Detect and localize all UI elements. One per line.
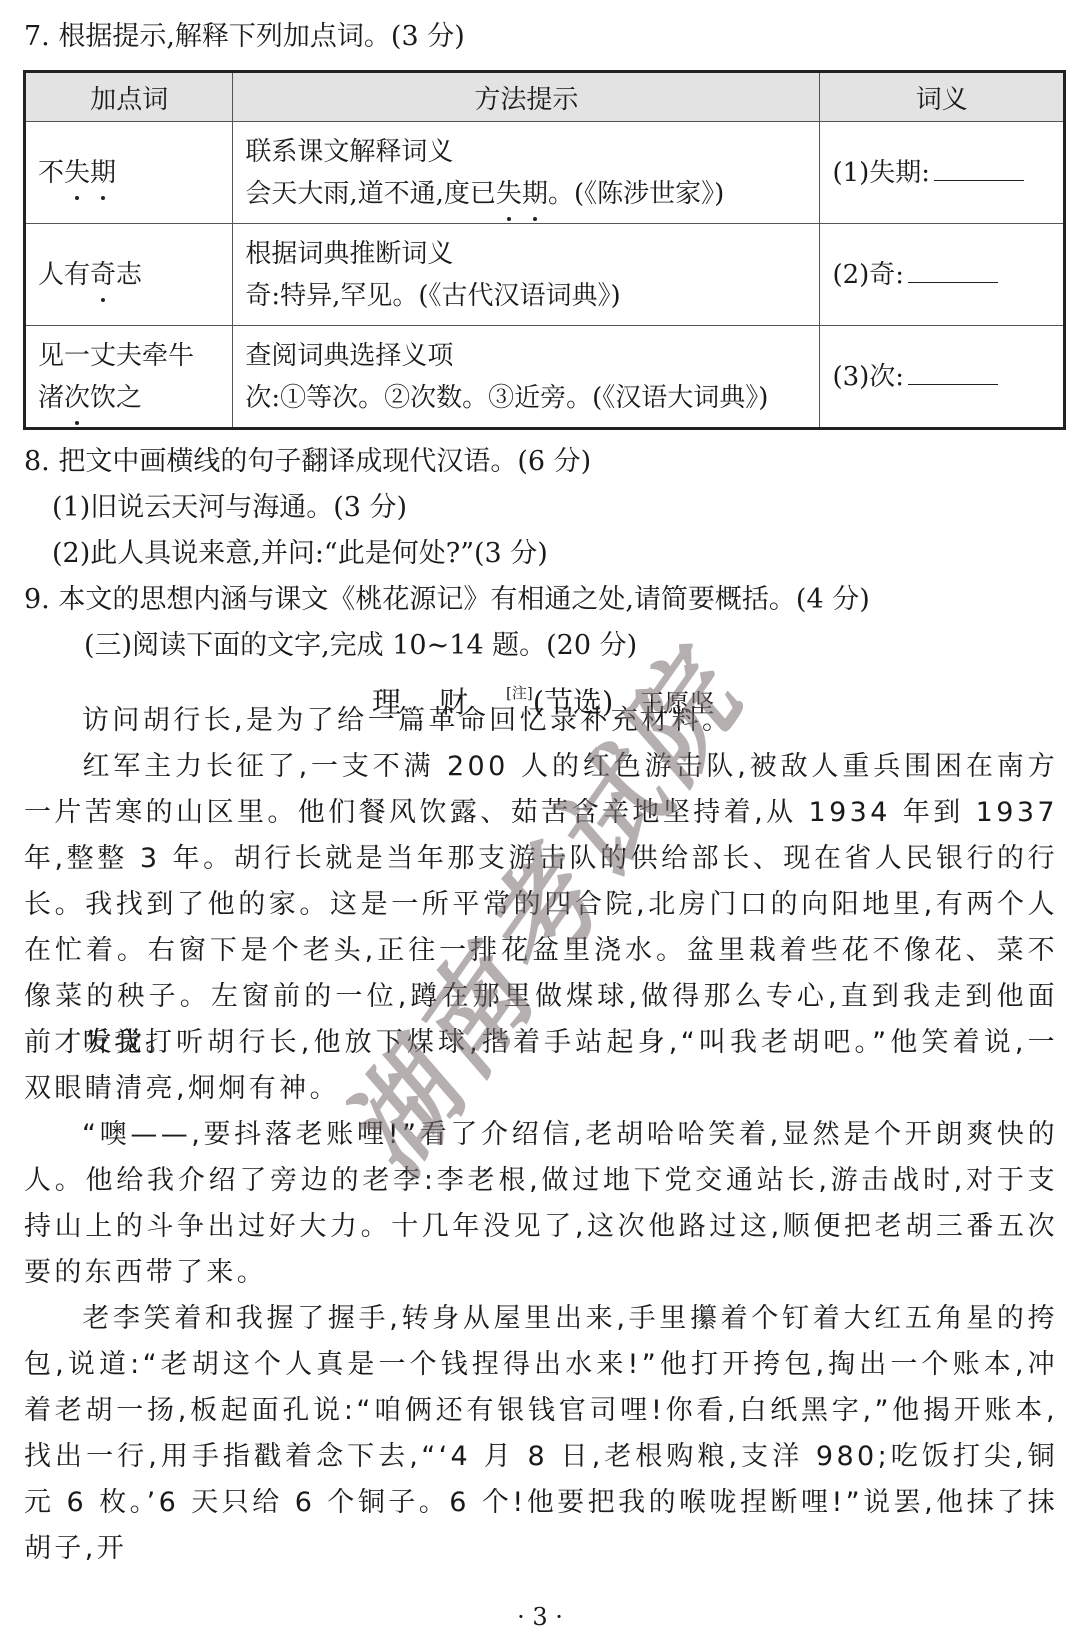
question-8-item-1: (1)旧说云天河与海通。(3 分) bbox=[52, 491, 407, 525]
dotted-char: 期 bbox=[522, 173, 548, 215]
method-example: 次:①等次。②次数。③近旁。(《汉语大词典》) bbox=[245, 377, 807, 419]
method-cell: 联系课文解释词义 会天大雨,道不通,度已失期。(《陈涉世家》) bbox=[233, 122, 820, 224]
table-header-row: 加点词 方法提示 词义 bbox=[25, 72, 1065, 122]
method-example: 会天大雨,道不通,度已失期。(《陈涉世家》) bbox=[245, 173, 807, 215]
dotted-word-cell: 人有奇志 bbox=[25, 224, 233, 326]
word-text: 不 bbox=[38, 158, 64, 188]
column-header-meaning: 词义 bbox=[820, 72, 1065, 122]
answer-blank[interactable] bbox=[934, 154, 1024, 181]
word-text: 渚 bbox=[38, 383, 64, 413]
answer-cell[interactable]: (1)失期: bbox=[820, 122, 1065, 224]
column-header-method: 方法提示 bbox=[233, 72, 820, 122]
dotted-char: 期 bbox=[90, 152, 116, 194]
paragraph-text: 老李笑着和我握了握手,转身从屋里出来,手里攥着个钉着大红五角星的挎包,说道:“老… bbox=[24, 1303, 1058, 1564]
method-example: 奇:特异,罕见。(《古代汉语词典》) bbox=[245, 275, 807, 317]
dotted-char: 失 bbox=[496, 173, 522, 215]
table-row: 不失期 联系课文解释词义 会天大雨,道不通,度已失期。(《陈涉世家》) (1)失… bbox=[25, 122, 1065, 224]
paragraph-text: 访问胡行长,是为了给一篇革命回忆录补充材料。 bbox=[82, 705, 732, 736]
word-text: 见一丈夫牵牛 bbox=[38, 335, 220, 377]
method-cell: 根据词典推断词义 奇:特异,罕见。(《古代汉语词典》) bbox=[233, 224, 820, 326]
page-number: · 3 · bbox=[0, 1603, 1080, 1631]
method-label: 联系课文解释词义 bbox=[245, 131, 807, 173]
passage-paragraph: 听我打听胡行长,他放下煤球,揩着手站起身,“叫我老胡吧。”他笑着说,一双眼睛清亮… bbox=[24, 1020, 1058, 1112]
dotted-char: 次 bbox=[64, 377, 90, 419]
paragraph-text: 红军主力长征了,一支不满 200 人的红色游击队,被敌人重兵围困在南方一片苦寒的… bbox=[24, 751, 1058, 1058]
method-cell: 查阅词典选择义项 次:①等次。②次数。③近旁。(《汉语大词典》) bbox=[233, 326, 820, 429]
paragraph-text: “噢——,要抖落老账哩!”看了介绍信,老胡哈哈笑着,显然是个开朗爽快的人。他给我… bbox=[24, 1119, 1058, 1288]
word-text: 人有 bbox=[38, 260, 90, 290]
dotted-char: 失 bbox=[64, 152, 90, 194]
answer-blank[interactable] bbox=[908, 358, 998, 385]
method-label: 根据词典推断词义 bbox=[245, 233, 807, 275]
passage-paragraph: 老李笑着和我握了握手,转身从屋里出来,手里攥着个钉着大红五角星的挎包,说道:“老… bbox=[24, 1296, 1058, 1572]
answer-cell[interactable]: (2)奇: bbox=[820, 224, 1065, 326]
paragraph-text: 听我打听胡行长,他放下煤球,揩着手站起身,“叫我老胡吧。”他笑着说,一双眼睛清亮… bbox=[24, 1027, 1058, 1104]
answer-cell[interactable]: (3)次: bbox=[820, 326, 1065, 429]
dotted-word-cell: 见一丈夫牵牛 渚次饮之 bbox=[25, 326, 233, 429]
question-8-item-2: (2)此人具说来意,并问:“此是何处?”(3 分) bbox=[52, 537, 548, 571]
answer-label: (3)次: bbox=[832, 362, 904, 392]
dotted-char: 奇 bbox=[90, 254, 116, 296]
question-7-prompt: 7. 根据提示,解释下列加点词。(3 分) bbox=[24, 20, 465, 54]
table-row: 见一丈夫牵牛 渚次饮之 查阅词典选择义项 次:①等次。②次数。③近旁。(《汉语大… bbox=[25, 326, 1065, 429]
passage-paragraph: 访问胡行长,是为了给一篇革命回忆录补充材料。 bbox=[24, 698, 1058, 744]
column-header-dotted-word: 加点词 bbox=[25, 72, 233, 122]
word-line-2: 渚次饮之 bbox=[38, 377, 220, 419]
answer-label: (1)失期: bbox=[832, 158, 930, 188]
hint-table: 加点词 方法提示 词义 不失期 联系课文解释词义 会天大雨,道不通,度已失期。(… bbox=[23, 70, 1066, 430]
dotted-word-cell: 不失期 bbox=[25, 122, 233, 224]
table-row: 人有奇志 根据词典推断词义 奇:特异,罕见。(《古代汉语词典》) (2)奇: bbox=[25, 224, 1065, 326]
question-8-prompt: 8. 把文中画横线的句子翻译成现代汉语。(6 分) bbox=[24, 445, 591, 479]
passage-paragraph: “噢——,要抖落老账哩!”看了介绍信,老胡哈哈笑着,显然是个开朗爽快的人。他给我… bbox=[24, 1112, 1058, 1296]
method-label: 查阅词典选择义项 bbox=[245, 335, 807, 377]
section-3-heading: (三)阅读下面的文字,完成 10~14 题。(20 分) bbox=[84, 629, 637, 663]
passage-paragraph: 红军主力长征了,一支不满 200 人的红色游击队,被敌人重兵围困在南方一片苦寒的… bbox=[24, 744, 1058, 1066]
answer-blank[interactable] bbox=[908, 256, 998, 283]
answer-label: (2)奇: bbox=[832, 260, 904, 290]
example-source: 。(《陈涉世家》) bbox=[548, 179, 724, 209]
word-text: 志 bbox=[116, 260, 142, 290]
word-text: 饮之 bbox=[90, 383, 142, 413]
question-9-prompt: 9. 本文的思想内涵与课文《桃花源记》有相通之处,请简要概括。(4 分) bbox=[24, 583, 870, 617]
exam-page: 7. 根据提示,解释下列加点词。(3 分) 加点词 方法提示 词义 不失期 联系… bbox=[0, 0, 1080, 1647]
example-text: 会天大雨,道不通,度已 bbox=[245, 179, 496, 209]
